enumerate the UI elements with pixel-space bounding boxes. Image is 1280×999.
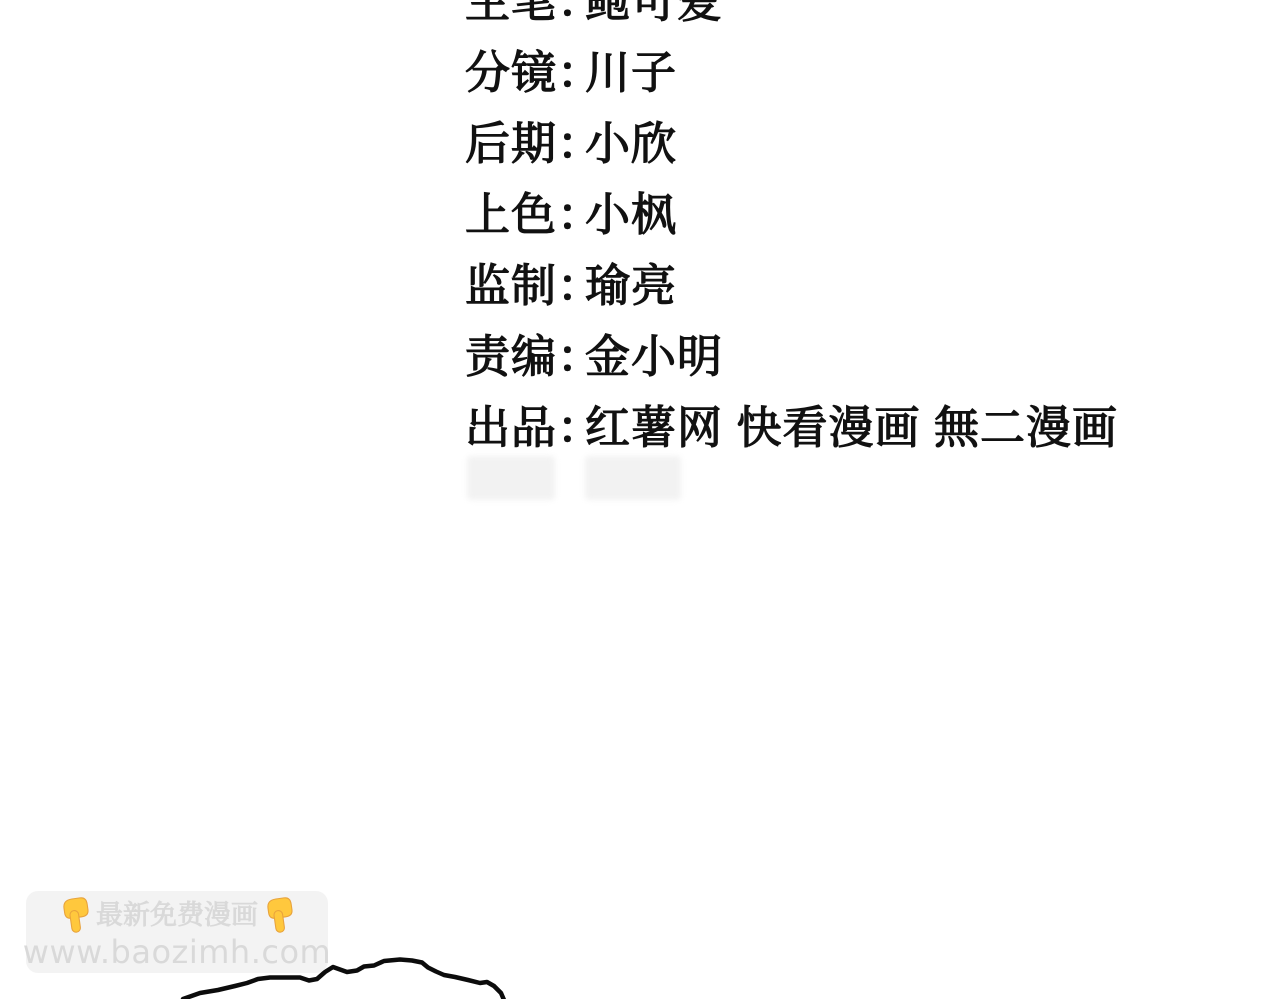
credit-value: 川子 — [585, 37, 677, 108]
watermark-title-row: 最新免费漫画 — [60, 896, 294, 934]
credit-label: 主笔： — [465, 0, 585, 37]
credit-value: 小枫 — [585, 179, 677, 250]
credit-value: 红薯网 快看漫画 無二漫画 — [585, 392, 1118, 463]
point-down-emoji-icon — [58, 894, 93, 936]
credit-value: 小欣 — [585, 108, 677, 179]
credit-value: 金小明 — [585, 321, 723, 392]
credit-label: 出品： — [465, 392, 585, 463]
credit-value: 鲍可爱 — [585, 0, 723, 37]
credit-label: 上色： — [465, 179, 585, 250]
credit-line-lead-artist: 主笔： 鲍可爱 — [465, 0, 1118, 37]
watermark-title: 最新免费漫画 — [96, 900, 258, 930]
credit-line-supervisor: 监制： 瑜亮 — [465, 250, 1118, 321]
credit-label: 分镜： — [465, 37, 585, 108]
credits-list: 主笔： 鲍可爱 分镜： 川子 后期： 小欣 上色： 小枫 监制： 瑜亮 责编： … — [465, 0, 1118, 463]
credit-label: 后期： — [465, 108, 585, 179]
credit-line-storyboard: 分镜： 川子 — [465, 37, 1118, 108]
watermark-url: www.baozimh.com — [23, 935, 331, 969]
watermark-box: 最新免费漫画 www.baozimh.com — [26, 891, 328, 973]
credit-label: 责编： — [465, 321, 585, 392]
credit-line-producer: 出品： 红薯网 快看漫画 無二漫画 — [465, 392, 1118, 463]
credit-label: 监制： — [465, 250, 585, 321]
credit-value: 瑜亮 — [585, 250, 677, 321]
credit-line-coloring: 上色： 小枫 — [465, 179, 1118, 250]
credit-line-post-production: 后期： 小欣 — [465, 108, 1118, 179]
point-down-emoji-icon — [262, 894, 297, 936]
credit-line-editor: 责编： 金小明 — [465, 321, 1118, 392]
